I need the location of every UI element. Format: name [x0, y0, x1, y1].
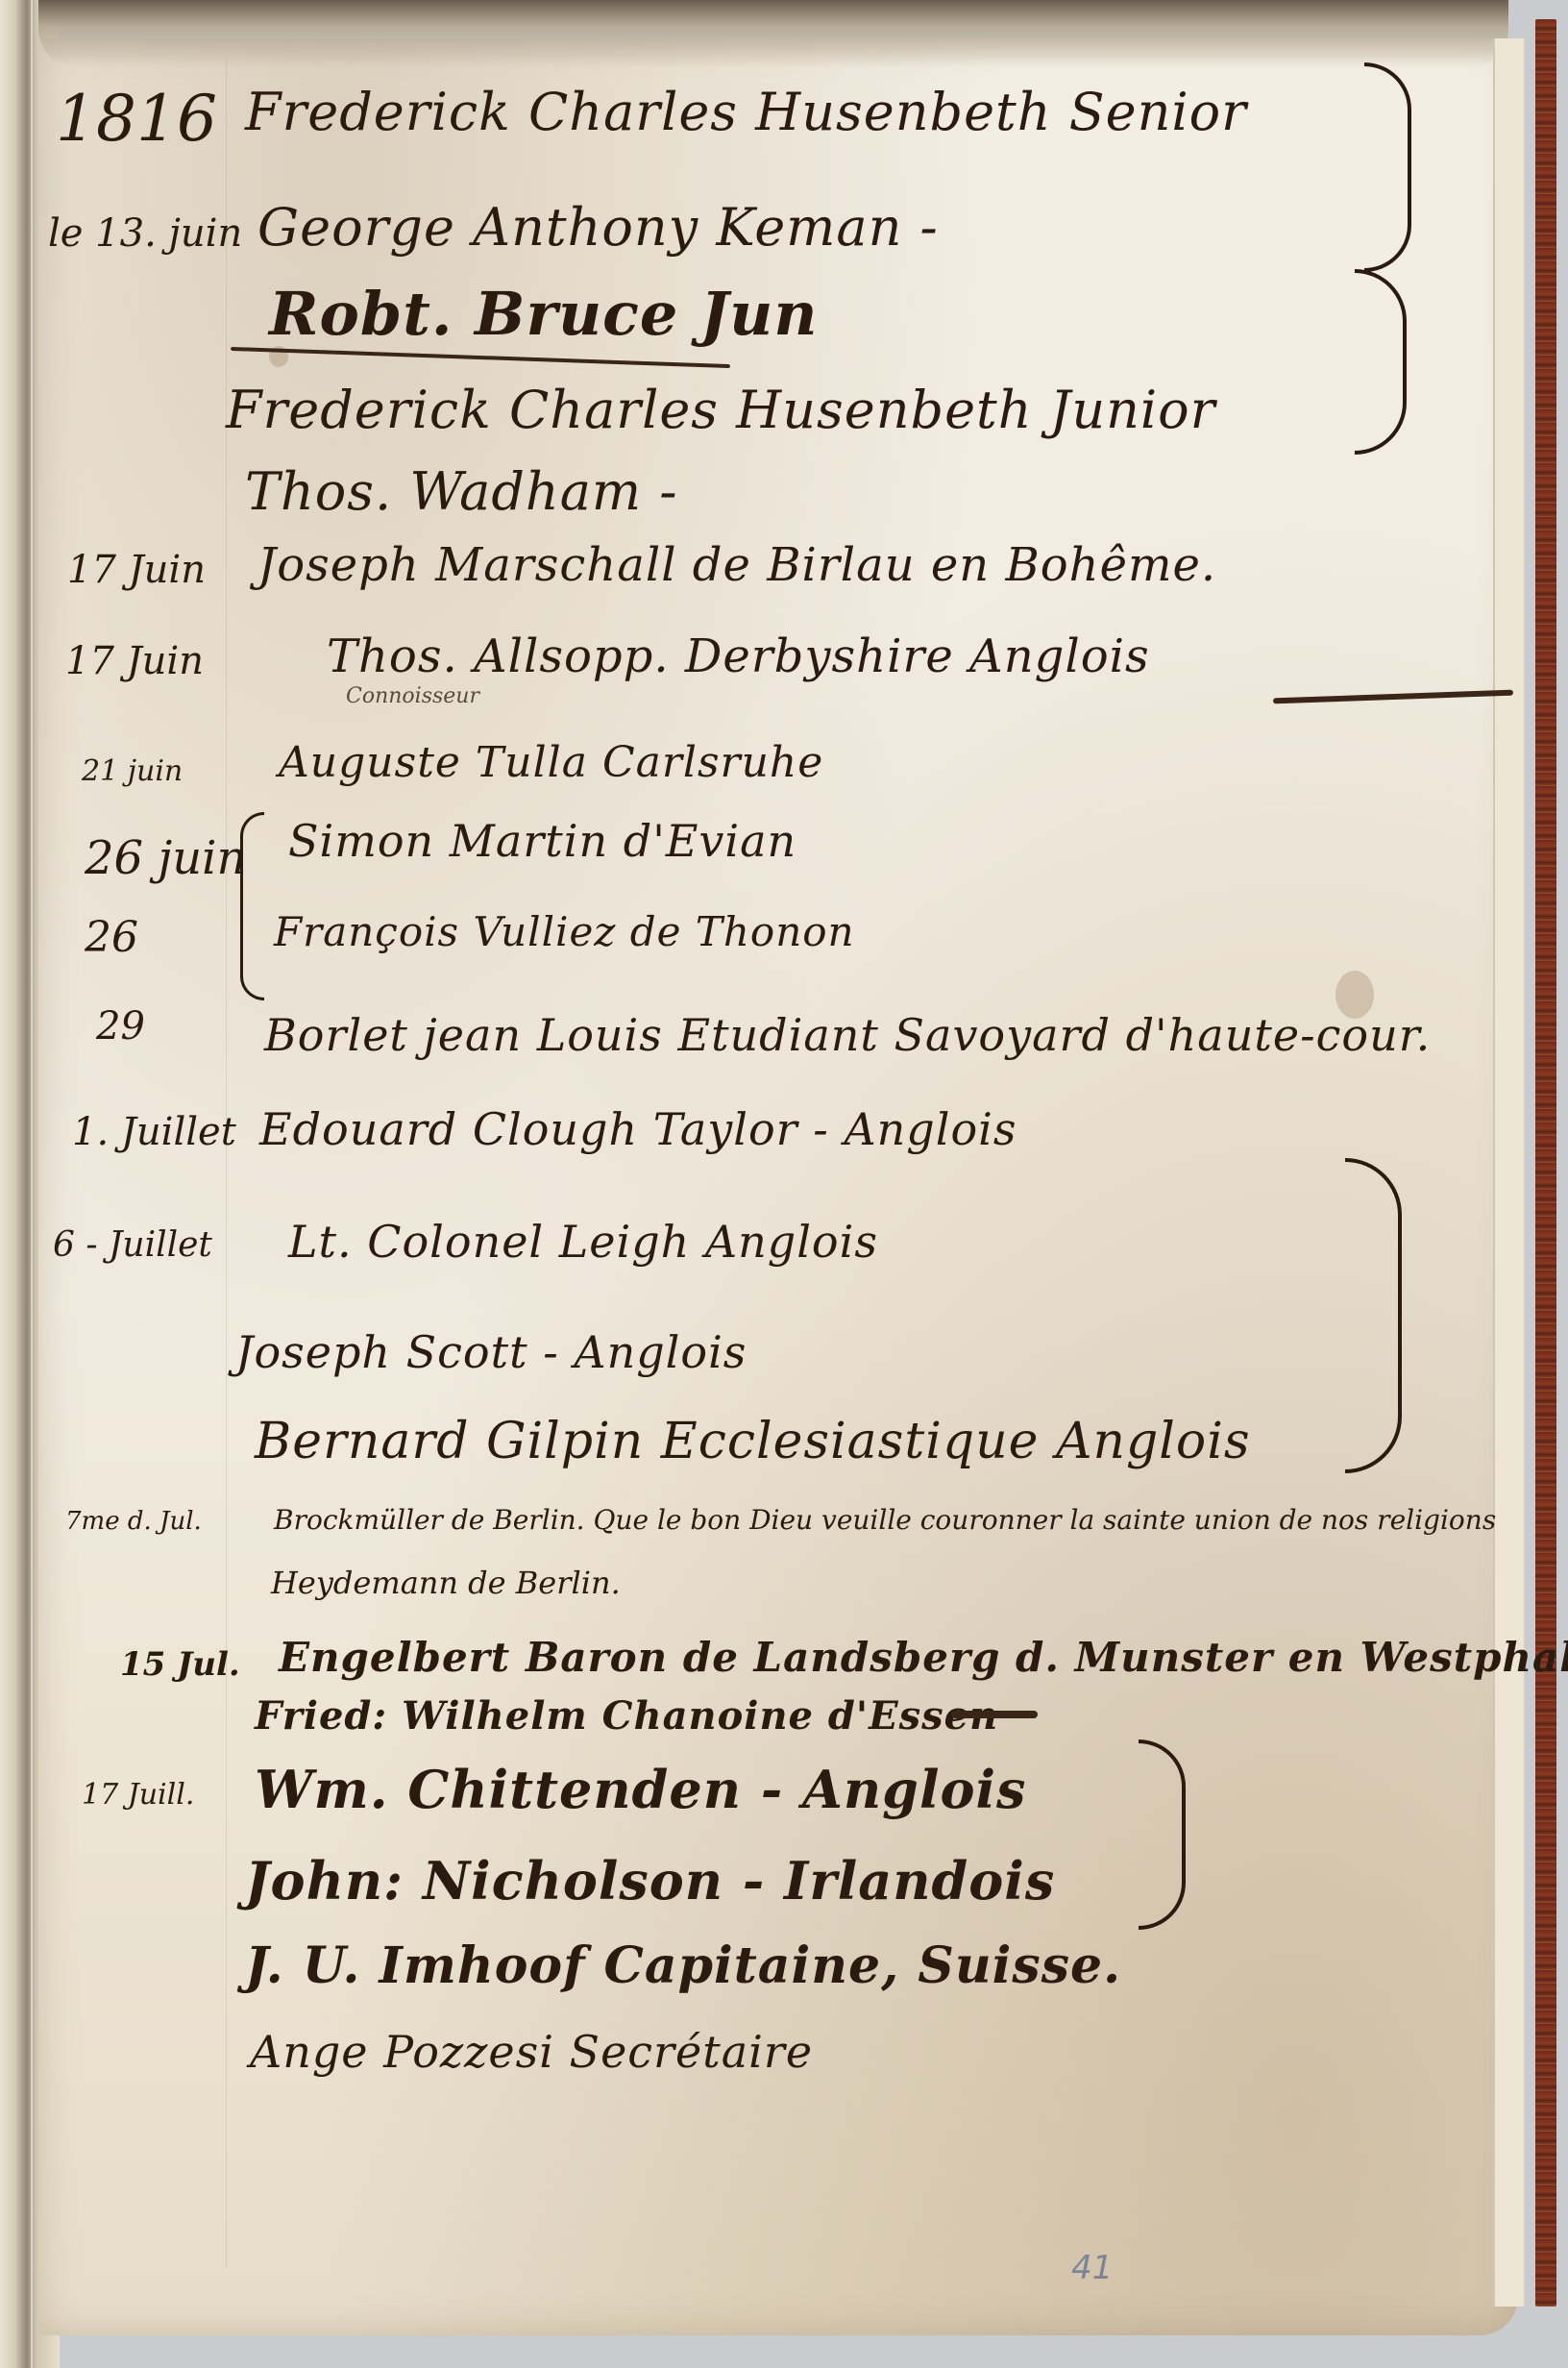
- entry-date: 1. Juillet: [72, 1110, 236, 1154]
- entry-date: 21 juin: [82, 754, 183, 788]
- manuscript-scan: 1816 Frederick Charles Husenbeth Senior …: [0, 0, 1568, 2368]
- entry-annotation: Connoisseur: [346, 684, 479, 708]
- grouping-brace: [1355, 269, 1407, 455]
- entry-name: Fried: Wilhelm Chanoine d'Essen: [255, 1693, 998, 1739]
- page-edge-fold: [1493, 38, 1526, 2306]
- entry-signature: Robt. Bruce Jun: [269, 279, 818, 349]
- entry-name: John: Nicholson - Irlandois: [245, 1850, 1055, 1912]
- entry-date: 15 Jul.: [120, 1645, 240, 1684]
- entry-name: Borlet jean Louis Etudiant Savoyard d'ha…: [264, 1009, 1431, 1061]
- entry-name: Thos. Allsopp. Derbyshire Anglois: [327, 629, 1150, 683]
- ink-blot-stroke: [951, 1711, 1038, 1718]
- entry-name: François Vulliez de Thonon: [274, 908, 855, 955]
- water-damaged-top-edge: [38, 0, 1508, 67]
- binding-thread: [31, 0, 33, 2368]
- entry-name: J. U. Imhoof Capitaine, Suisse.: [245, 1936, 1121, 1995]
- entry-name: Engelbert Baron de Landsberg d. Munster …: [279, 1634, 1568, 1681]
- entry-date-year: 1816: [56, 82, 217, 156]
- entry-name: Bernard Gilpin Ecclesiastique Anglois: [255, 1413, 1251, 1470]
- entry-date: 17 Juin: [65, 639, 204, 683]
- entry-name: Auguste Tulla Carlsruhe: [279, 738, 823, 787]
- entry-name: Lt. Colonel Leigh Anglois: [288, 1216, 878, 1268]
- entry-name: Frederick Charles Husenbeth Junior: [226, 380, 1215, 440]
- entry-name: Simon Martin d'Evian: [288, 815, 796, 867]
- entry-name: Joseph Marschall de Birlau en Bohême.: [257, 538, 1216, 592]
- entry-name: Heydemann de Berlin.: [271, 1565, 621, 1601]
- entry-name: Ange Pozzesi Secrétaire: [250, 2026, 813, 2078]
- book-cover-edge: [1535, 19, 1556, 2306]
- entry-date: 29: [96, 1004, 145, 1048]
- entry-date: 26: [85, 913, 138, 962]
- entry-name: Joseph Scott - Anglois: [235, 1326, 747, 1378]
- entry-date: 26 juin: [85, 831, 246, 885]
- entry-date: 7me d. Jul.: [65, 1507, 202, 1536]
- entry-date: 6 - Juillet: [53, 1225, 212, 1265]
- entry-name: Frederick Charles Husenbeth Senior: [245, 82, 1247, 142]
- entry-date: 17 Juill.: [82, 1778, 194, 1812]
- entry-date: le 13. juin: [48, 211, 242, 256]
- entry-date: 17 Juin: [67, 548, 206, 592]
- grouping-paren: [240, 812, 264, 1000]
- entry-name: George Anthony Keman -: [257, 197, 939, 258]
- entry-inscription: Brockmüller de Berlin. Que le bon Dieu v…: [274, 1504, 1496, 1536]
- entry-name: Thos. Wadham -: [245, 461, 678, 522]
- entry-name: Wm. Chittenden - Anglois: [255, 1759, 1026, 1820]
- entry-name: Edouard Clough Taylor - Anglois: [259, 1103, 1017, 1155]
- grouping-brace: [1139, 1739, 1186, 1930]
- grouping-brace: [1364, 62, 1411, 272]
- page-number: 41: [1071, 2249, 1113, 2287]
- grouping-brace: [1345, 1158, 1402, 1473]
